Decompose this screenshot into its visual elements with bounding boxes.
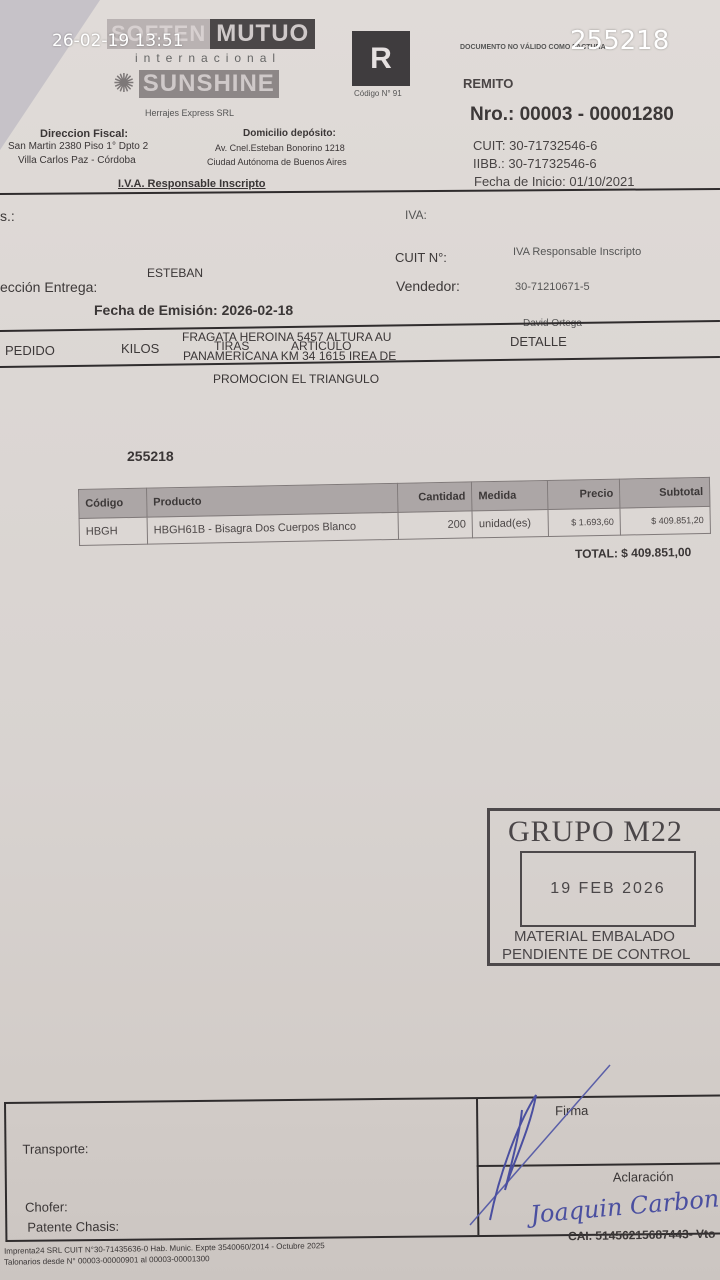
remito-document: SOFTEN MUTUO internacional ✺ SUNSHINE He… [0, 0, 720, 1280]
photo-timestamp: 26-02-19 13:51 [52, 31, 184, 51]
signature-ink [0, 0, 720, 1280]
cai-number: CAI. 51456215687443- Vto [568, 1227, 716, 1244]
photo-reference-number: 255218 [570, 26, 669, 56]
